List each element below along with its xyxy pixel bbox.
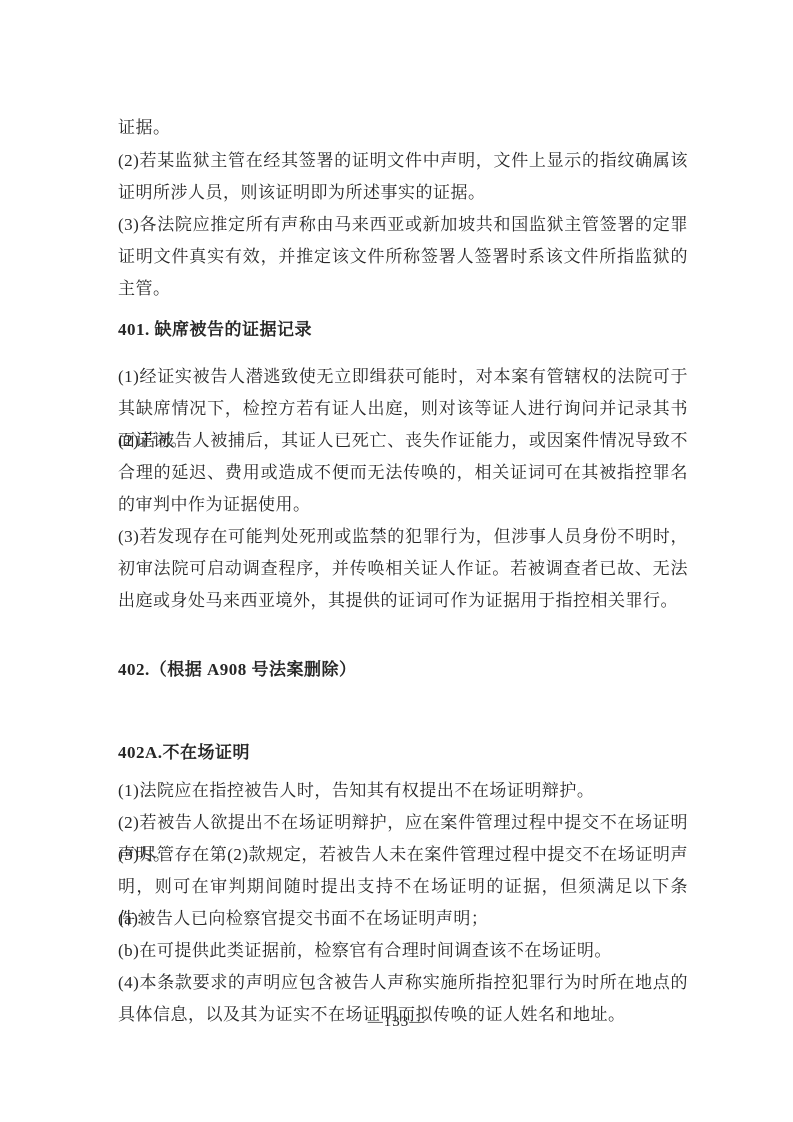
section-401-clause-3: (3)若发现存在可能判处死刑或监禁的犯罪行为，但涉事人员身份不明时，初审法院可启… — [118, 521, 688, 617]
section-heading-402: 402.（根据 A908 号法案删除） — [118, 654, 688, 686]
section-heading-401: 401. 缺席被告的证据记录 — [118, 314, 688, 346]
page-number: —133— — [0, 1010, 793, 1034]
section-heading-402a: 402A.不在场证明 — [118, 737, 688, 769]
intro-clause-3: (3)各法院应推定所有声称由马来西亚或新加坡共和国监狱主管签署的定罪证明文件真实… — [118, 209, 688, 305]
paragraph-continuation: 证据。 — [118, 112, 688, 144]
section-401-clause-2: (2)若被告人被捕后，其证人已死亡、丧失作证能力，或因案件情况导致不合理的延迟、… — [118, 425, 688, 521]
section-402a-clause-a: (a)被告人已向检察官提交书面不在场证明声明； — [118, 903, 688, 935]
section-402a-clause-1: (1)法院应在指控被告人时，告知其有权提出不在场证明辩护。 — [118, 775, 688, 807]
section-402a-clause-b: (b)在可提供此类证据前，检察官有合理时间调查该不在场证明。 — [118, 935, 688, 967]
document-page: 证据。 (2)若某监狱主管在经其签署的证明文件中声明，文件上显示的指纹确属该证明… — [0, 0, 793, 1122]
intro-clause-2: (2)若某监狱主管在经其签署的证明文件中声明，文件上显示的指纹确属该证明所涉人员… — [118, 145, 688, 209]
